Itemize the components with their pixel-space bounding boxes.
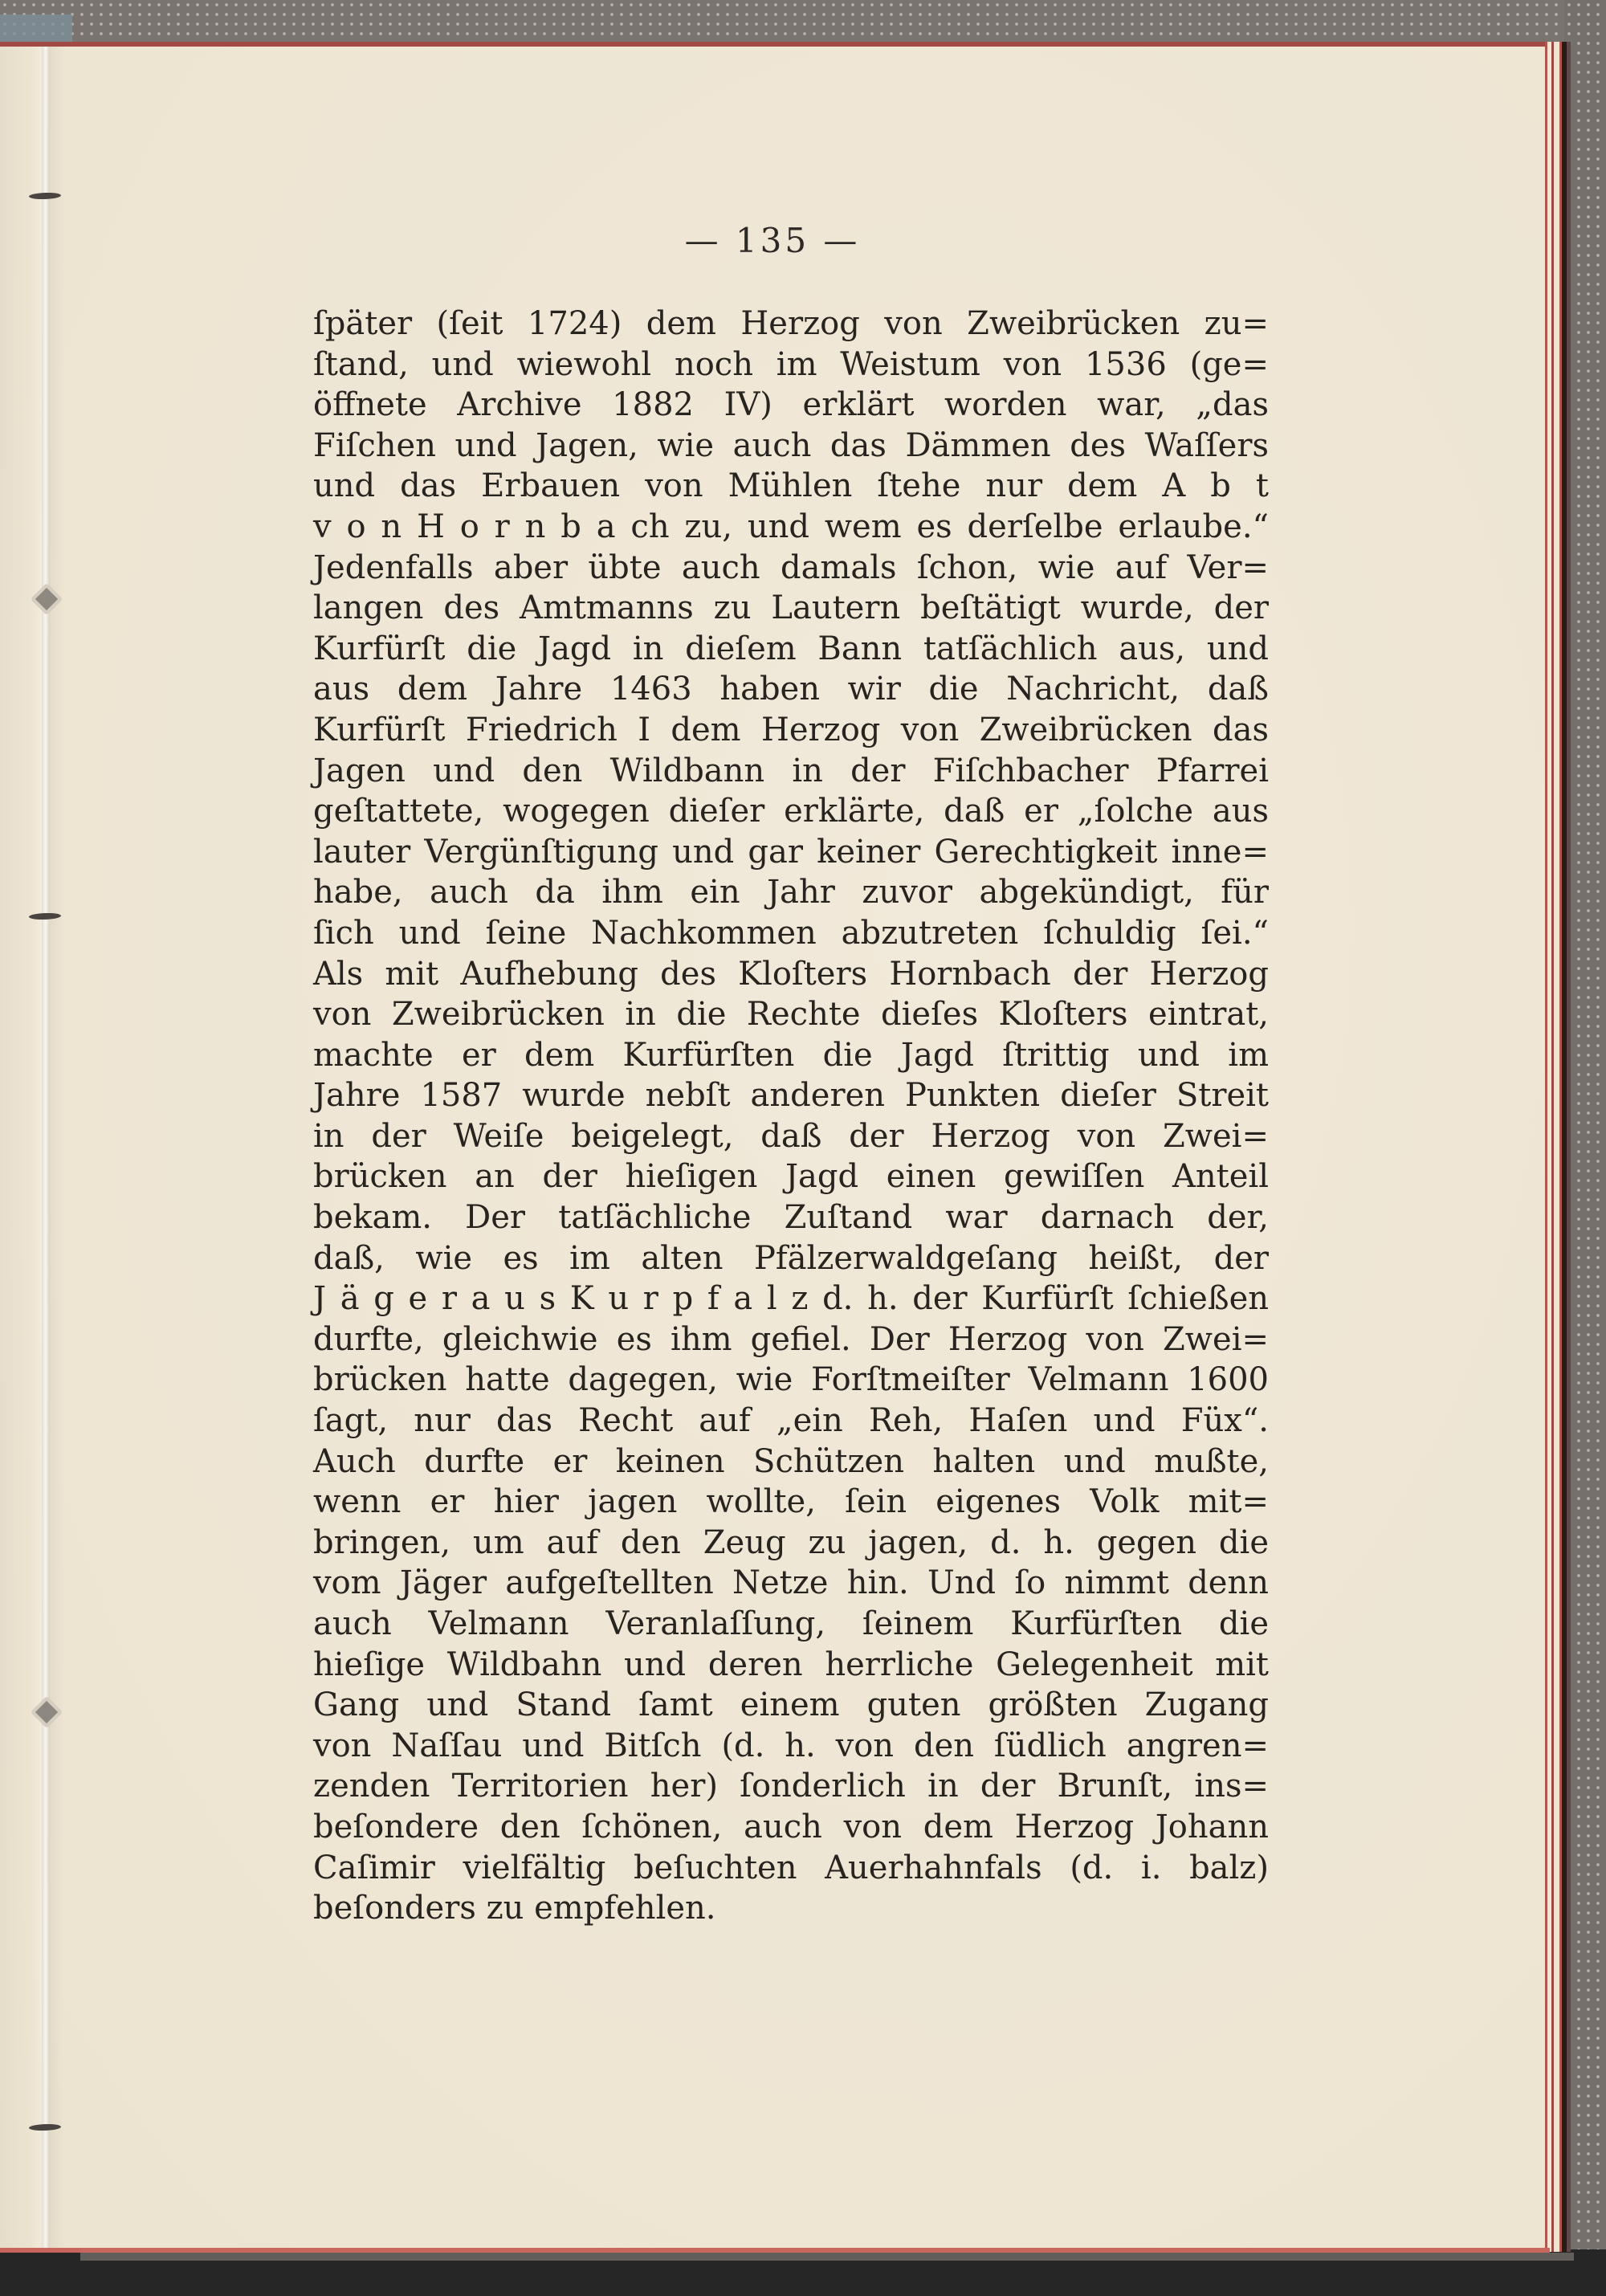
text-line: Kurfürſt Friedrich I dem Herzog von Zwei… [313,710,1269,751]
text-line: Auch durfte er keinen Schützen halten un… [313,1442,1269,1482]
text-line: beſondere den ſchönen, auch von dem Herz… [313,1807,1269,1848]
body-text: ſpäter (ſeit 1724) dem Herzog von Zweibr… [313,304,1269,1929]
text-line: Als mit Aufhebung des Kloſters Hornbach … [313,954,1269,995]
page-edge-top [0,42,1570,47]
text-line: und das Erbauen von Mühlen ſtehe nur dem… [313,466,1269,507]
text-line: öffnete Archive 1882 IV) erklärt worden … [313,385,1269,426]
book-cover-cloth-top [0,0,1606,47]
text-line: v o n H o r n b a ch zu, und wem es derſ… [313,507,1269,548]
text-line: machte er dem Kurfürſten die Jagd ſtritt… [313,1035,1269,1076]
text-line: lauter Vergünſtigung und gar keiner Gere… [313,832,1269,873]
text-line: daß, wie es im alten Pfälzerwaldgeſang h… [313,1238,1269,1279]
text-line: Fiſchen und Jagen, wie auch das Dämmen d… [313,426,1269,467]
text-line: Caſimir vielfältig beſuchten Auerhahnfal… [313,1848,1269,1889]
book-cover-cloth-bottom [0,2249,1606,2296]
text-line: geſtattete, wogegen dieſer erklärte, daß… [313,791,1269,832]
text-line: Jedenfalls aber übte auch damals ſchon, … [313,548,1269,589]
text-line: vom Jäger aufgeſtellten Netze hin. Und ſ… [313,1563,1269,1604]
text-line: aus dem Jahre 1463 haben wir die Nachric… [313,669,1269,710]
text-line: wenn er hier jagen wollte, ſein eigenes … [313,1482,1269,1523]
text-line: ſtand, und wiewohl noch im Weistum von 1… [313,345,1269,385]
page-number: — 135 — [0,221,1545,260]
text-line: ſich und ſeine Nachkommen abzutreten ſch… [313,913,1269,954]
text-line: bekam. Der tatſächliche Zuſtand war darn… [313,1197,1269,1238]
text-line: durfte, gleichwie es ihm gefiel. Der Her… [313,1319,1269,1360]
text-line: auch Velmann Veranlaſſung, ſeinem Kurfür… [313,1604,1269,1645]
page-edge-bottom [0,2248,1550,2253]
text-line: von Naſſau und Bitſch (d. h. von den ſüd… [313,1726,1269,1767]
text-line: hieſige Wildbahn und deren herrliche Gel… [313,1645,1269,1686]
text-line: ſagt, nur das Recht auf „ein Reh, Haſen … [313,1401,1269,1442]
text-line: Jagen und den Wildbann in der Fiſchbache… [313,751,1269,792]
text-line: in der Weiſe beigelegt, daß der Herzog v… [313,1116,1269,1157]
text-line: brücken an der hieſigen Jagd einen gewiſ… [313,1156,1269,1197]
text-line-last: beſonders zu empfehlen. [313,1888,1269,1929]
text-line: ſpäter (ſeit 1724) dem Herzog von Zweibr… [313,304,1269,345]
text-line: Jahre 1587 wurde nebſt anderen Punkten d… [313,1075,1269,1116]
cloth-edge-strip [80,2253,1574,2261]
text-line: J ä g e r a u s K u r p f a l z d. h. de… [313,1279,1269,1319]
text-line: Gang und Stand ſamt einem guten größten … [313,1685,1269,1726]
text-line: habe, auch da ihm ein Jahr zuvor abgekün… [313,872,1269,913]
text-line: bringen, um auf den Zeug zu jagen, d. h.… [313,1523,1269,1564]
text-line: zenden Territorien her) ſonderlich in de… [313,1766,1269,1807]
text-line: von Zweibrücken in die Rechte dieſes Klo… [313,994,1269,1035]
text-line: Kurfürſt die Jagd in dieſem Bann tatſäch… [313,629,1269,670]
gutter-fold [42,47,50,2248]
page-edge-right [1545,42,1571,2252]
text-line: langen des Amtmanns zu Lautern beſtätigt… [313,588,1269,629]
text-line: brücken hatte dagegen, wie Forſtmeiſter … [313,1360,1269,1401]
